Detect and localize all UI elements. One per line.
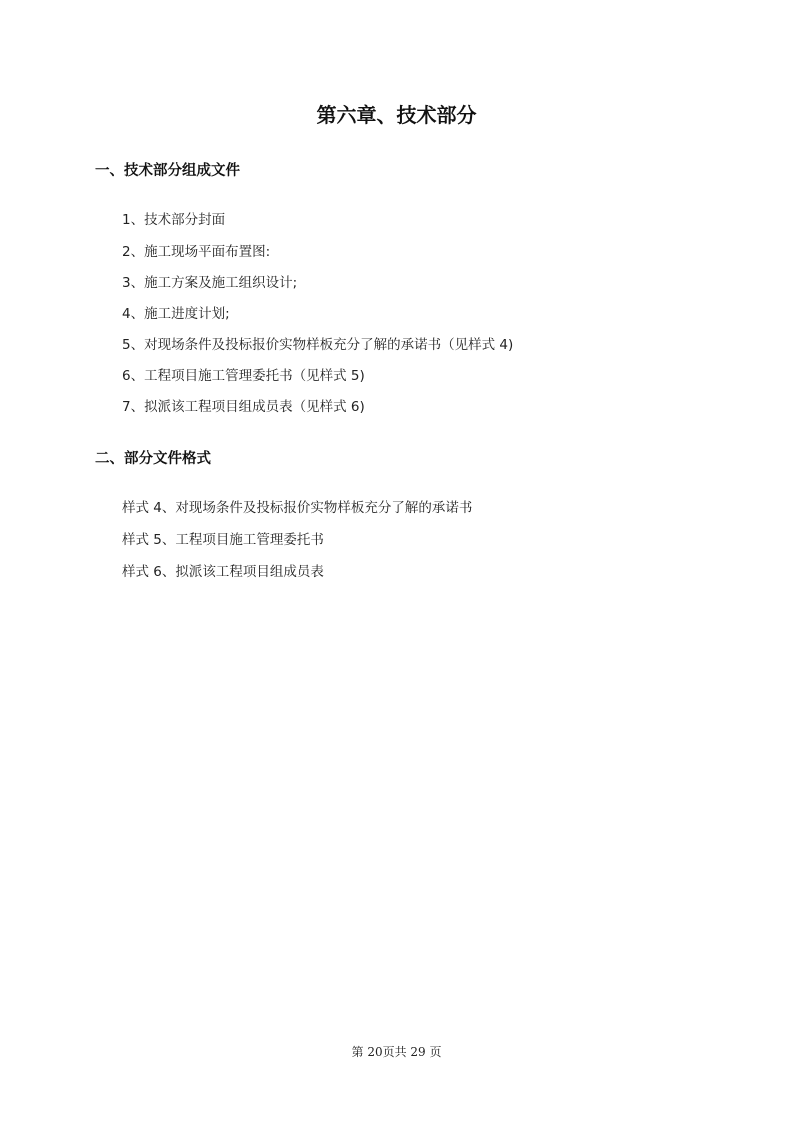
list-item: 5、对现场条件及投标报价实物样板充分了解的承诺书（见样式 4)	[122, 335, 513, 355]
list-item: 样式 6、拟派该工程项目组成员表	[122, 562, 324, 582]
list-item: 3、施工方案及施工组织设计;	[122, 273, 297, 293]
document-page: 第六章、技术部分 一、技术部分组成文件 1、技术部分封面 2、施工现场平面布置图…	[0, 0, 793, 1122]
list-item: 样式 4、对现场条件及投标报价实物样板充分了解的承诺书	[122, 498, 472, 518]
list-item: 7、拟派该工程项目组成员表（见样式 6)	[122, 397, 365, 417]
section-heading-formats: 二、部分文件格式	[95, 449, 211, 469]
list-item: 样式 5、工程项目施工管理委托书	[122, 530, 324, 550]
list-item: 1、技术部分封面	[122, 210, 225, 230]
list-item: 6、工程项目施工管理委托书（见样式 5)	[122, 366, 365, 386]
list-item: 4、施工进度计划;	[122, 304, 230, 324]
page-title: 第六章、技术部分	[0, 101, 793, 129]
list-item: 2、施工现场平面布置图:	[122, 242, 270, 262]
page-number-footer: 第 20页共 29 页	[0, 1044, 793, 1060]
section-heading-composition: 一、技术部分组成文件	[95, 161, 240, 181]
